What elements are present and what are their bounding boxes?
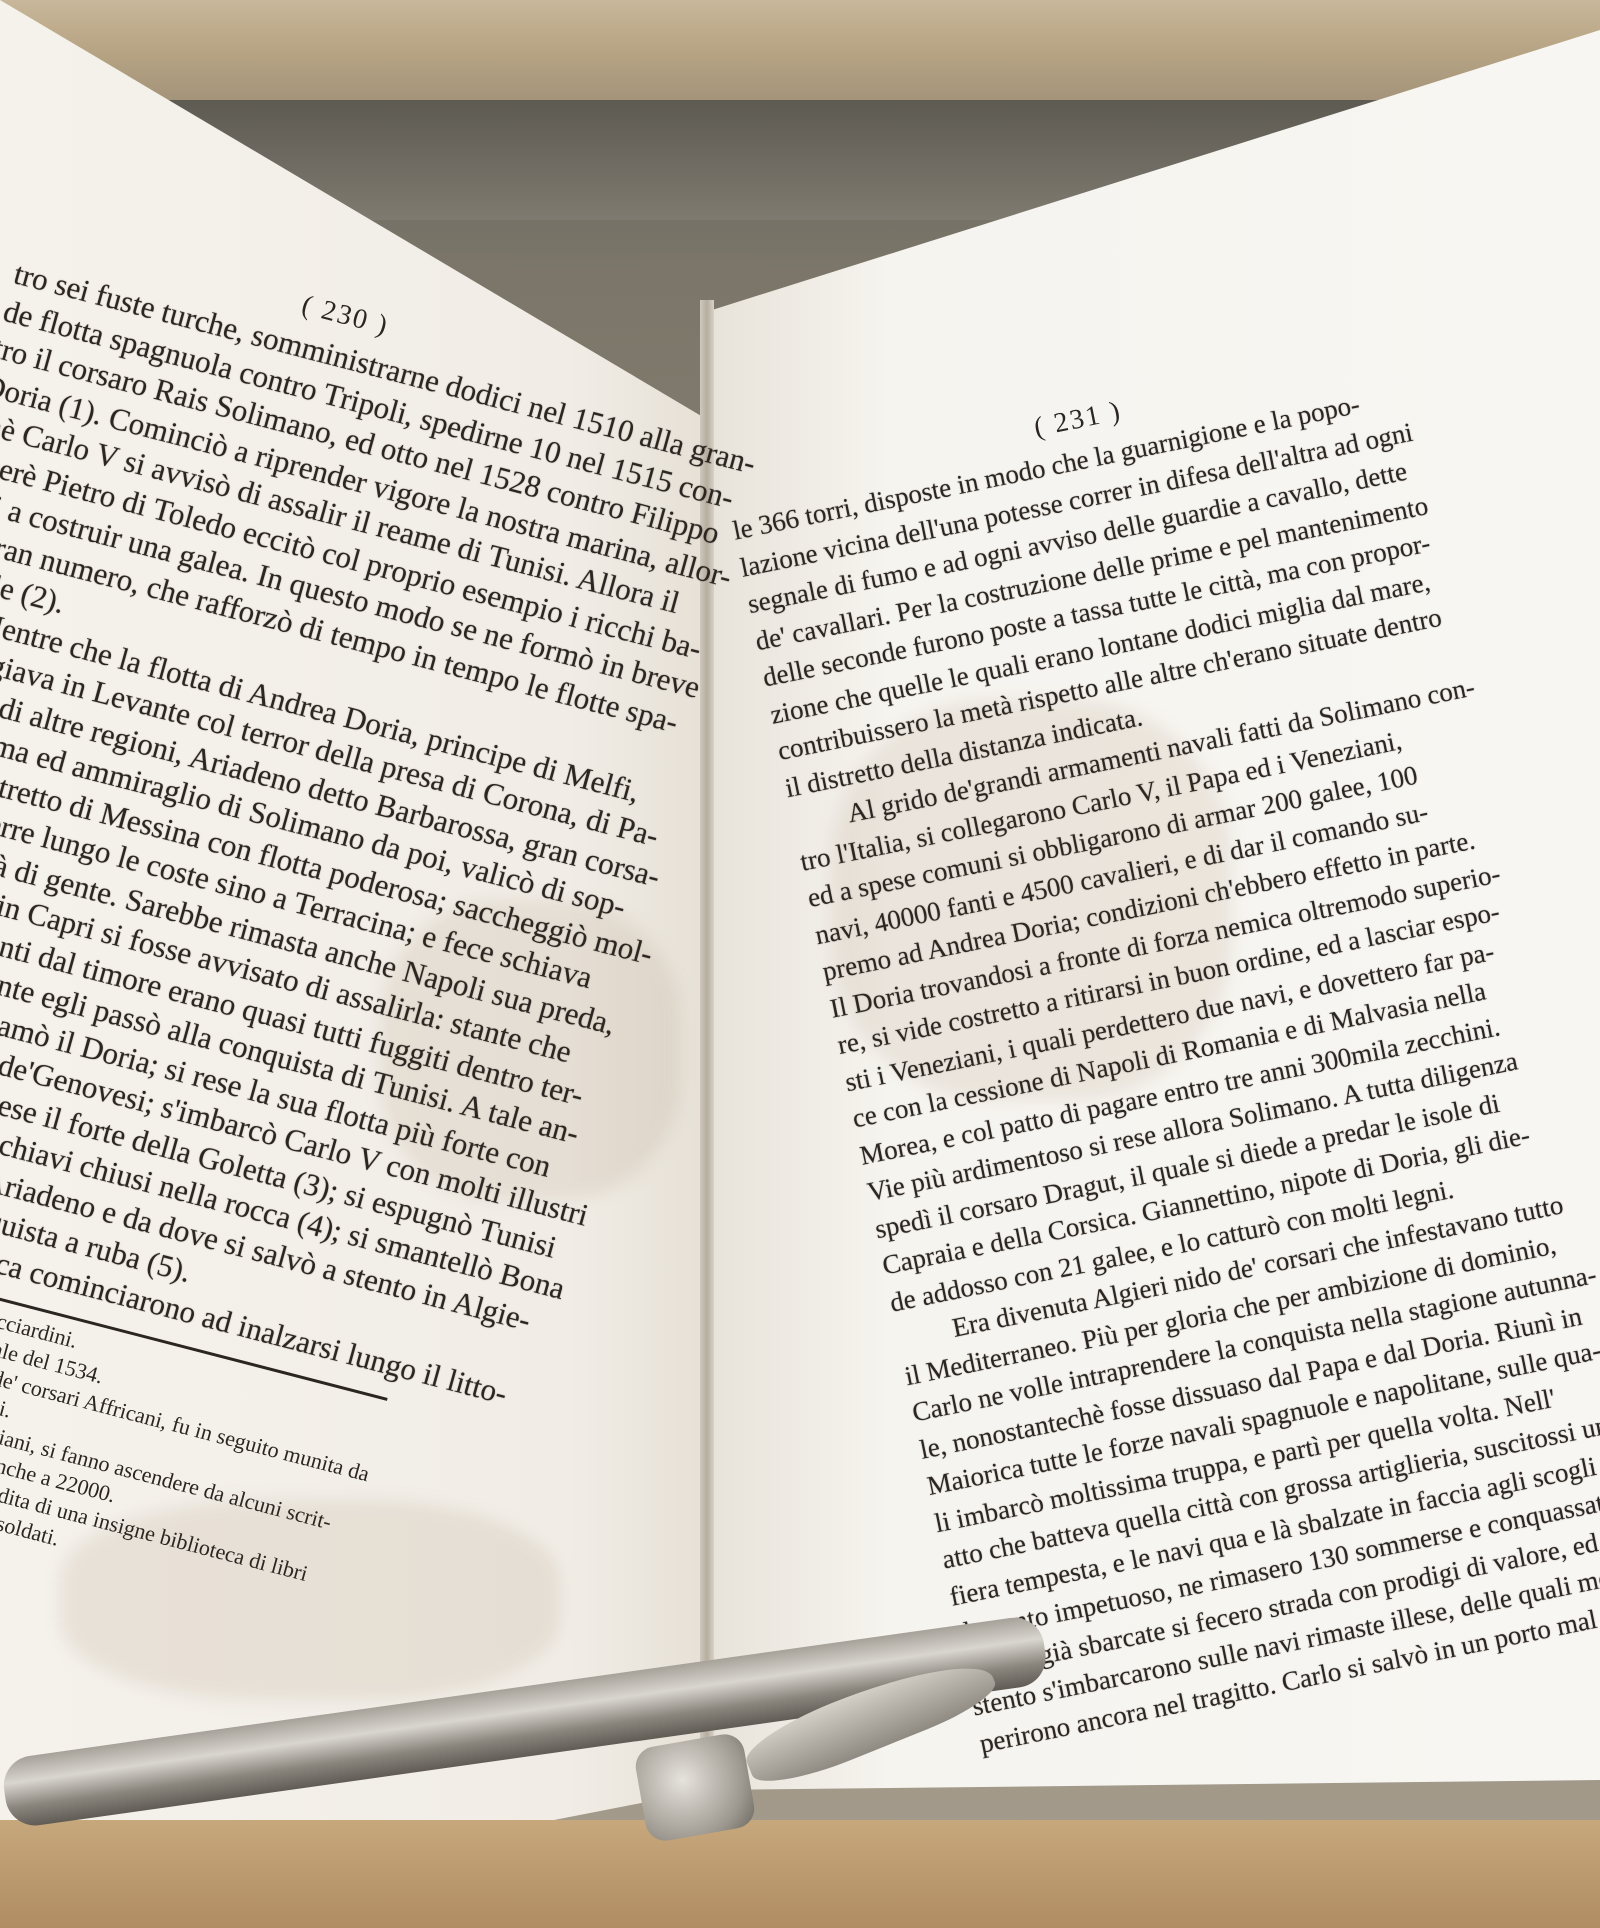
pen-engraved-ring-icon <box>633 1731 758 1844</box>
bookshelf-wood <box>0 1820 1600 1928</box>
